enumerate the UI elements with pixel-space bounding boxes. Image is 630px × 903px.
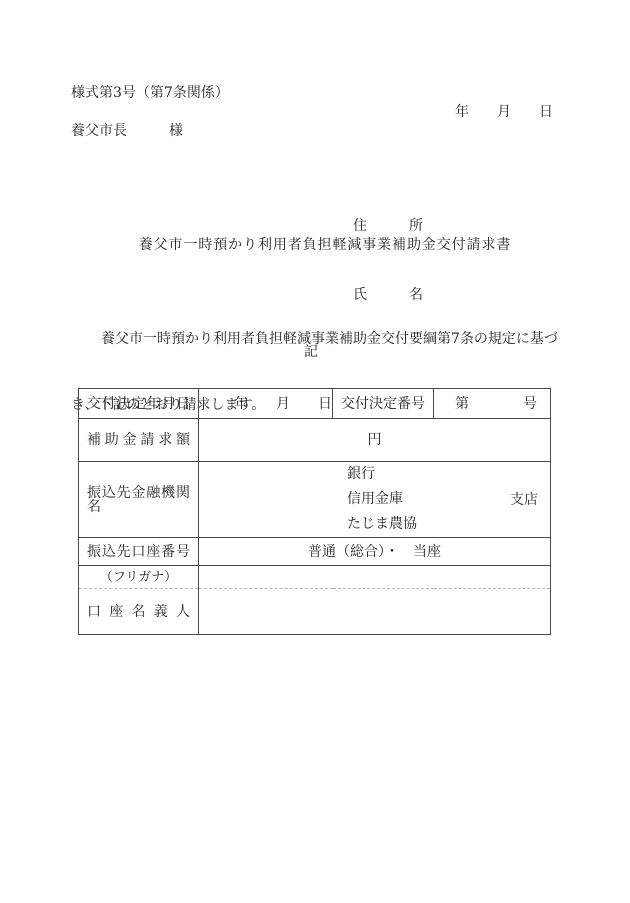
date-line: 年 月 日 xyxy=(455,105,553,119)
section-marker-ki: 記 xyxy=(0,345,622,359)
furigana-label: （フリガナ） xyxy=(79,571,198,584)
furigana-label-cell: （フリガナ） xyxy=(79,566,199,589)
decision-date-label-cell: 交付決定年月日 xyxy=(79,389,199,419)
row-account-holder: 口座名義人 xyxy=(79,589,551,635)
account-number-label: 振込先口座番号 xyxy=(79,545,198,559)
decision-number-suffix: 号 xyxy=(523,397,537,411)
branch-suffix: 支店 xyxy=(510,493,538,507)
decision-number-label: 交付決定番号 xyxy=(333,389,434,419)
row-account-number: 振込先口座番号 普通（総合）・ 当座 xyxy=(79,538,551,566)
account-number-field: 普通（総合）・ 当座 xyxy=(199,538,551,566)
bank-label: 振込先金融機関名 xyxy=(79,486,198,514)
decision-number-field: 第 号 xyxy=(434,389,551,419)
amount-field: 円 xyxy=(199,419,551,462)
document-page: 様式第3号（第7条関係） 年 月 日 養父市長 様 住 所 氏 名 養父市一時預… xyxy=(0,0,630,903)
amount-label: 補助金請求額 xyxy=(79,433,198,447)
bank-option-bank: 銀行 xyxy=(347,462,550,487)
bank-label-cell: 振込先金融機関名 xyxy=(79,462,199,538)
row-amount: 補助金請求額 円 xyxy=(79,419,551,462)
decision-date-label: 交付決定年月日 xyxy=(79,397,198,411)
account-holder-label-cell: 口座名義人 xyxy=(79,589,199,635)
bank-field: 銀行 信用金庫 たじま農協 支店 xyxy=(199,462,551,538)
decision-number-prefix: 第 xyxy=(455,397,469,411)
account-number-label-cell: 振込先口座番号 xyxy=(79,538,199,566)
row-decision-date: 交付決定年月日 年 月 日 交付決定番号 第 号 xyxy=(79,389,551,419)
row-furigana: （フリガナ） xyxy=(79,566,551,589)
amount-label-cell: 補助金請求額 xyxy=(79,419,199,462)
furigana-field xyxy=(199,566,551,589)
bank-option-nokyo: たじま農協 xyxy=(347,512,550,537)
decision-date-field: 年 月 日 xyxy=(199,389,333,419)
addressee-line: 養父市長 様 xyxy=(71,124,183,138)
request-table: 交付決定年月日 年 月 日 交付決定番号 第 号 補助金請求額 円 振込先金融機… xyxy=(78,388,551,635)
account-holder-label: 口座名義人 xyxy=(79,605,198,619)
form-number: 様式第3号（第7条関係） xyxy=(71,86,229,100)
document-title: 養父市一時預かり利用者負担軽減事業補助金交付請求書 xyxy=(20,238,630,252)
address-field-label: 住 所 xyxy=(353,215,423,238)
row-bank: 振込先金融機関名 銀行 信用金庫 たじま農協 支店 xyxy=(79,462,551,538)
account-holder-field xyxy=(199,589,551,635)
